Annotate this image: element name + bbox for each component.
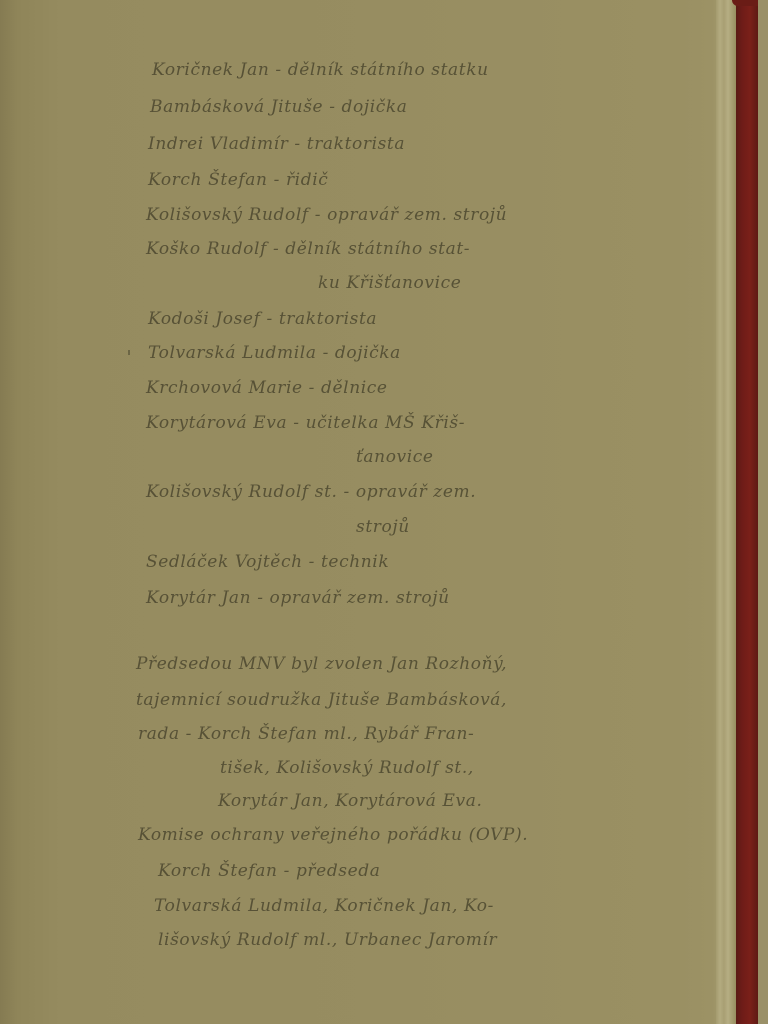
paragraph-line: tišek, Kolišovský Rudolf st., xyxy=(220,758,474,778)
entry-line-continuation: ťanovice xyxy=(356,447,434,467)
entry-line: Koričnek Jan - dělník státního statku xyxy=(152,60,489,80)
entry-line-continuation: ku Křišťanovice xyxy=(318,273,461,293)
book-cover-spine xyxy=(736,0,758,1024)
entry-line: Korytárová Eva - učitelka MŠ Křiš- xyxy=(146,413,465,433)
paragraph-line: Tolvarská Ludmila, Koričnek Jan, Ko- xyxy=(154,896,494,916)
entry-line-continuation: strojů xyxy=(356,517,410,537)
paragraph-line: Korch Štefan - předseda xyxy=(158,861,381,881)
entry-line: Kolišovský Rudolf st. - opravář zem. xyxy=(146,482,476,502)
entry-line: Krchovová Marie - dělnice xyxy=(146,378,388,398)
entry-line: Tolvarská Ludmila - dojička xyxy=(148,343,401,363)
entry-line: Kolišovský Rudolf - opravář zem. strojů xyxy=(146,205,507,225)
entry-line: Koško Rudolf - dělník státního stat- xyxy=(146,239,470,259)
ledger-page: Koričnek Jan - dělník státního statku Ba… xyxy=(0,0,724,1024)
paragraph-line: rada - Korch Štefan ml., Rybář Fran- xyxy=(138,724,474,744)
entry-line: Indrei Vladimír - traktorista xyxy=(148,134,405,154)
background-surface xyxy=(758,0,768,1024)
paragraph-line: tajemnicí soudružka Jituše Bambásková, xyxy=(136,690,507,710)
book-cover-corner xyxy=(732,0,758,6)
page-stack-edge xyxy=(716,0,738,1024)
entry-line: Sedláček Vojtěch - technik xyxy=(146,552,389,572)
entry-line: Korytár Jan - opravář zem. strojů xyxy=(146,588,450,608)
paragraph-line: lišovský Rudolf ml., Urbanec Jaromír xyxy=(158,930,497,950)
paragraph-line: Komise ochrany veřejného pořádku (OVP). xyxy=(138,825,528,845)
paragraph-line: Korytár Jan, Korytárová Eva. xyxy=(218,791,482,811)
entry-line: Bambásková Jituše - dojička xyxy=(150,97,408,117)
entry-line: Kodoši Josef - traktorista xyxy=(148,309,377,329)
paragraph-line: Předsedou MNV byl zvolen Jan Rozhoňý, xyxy=(136,654,507,674)
entry-line: Korch Štefan - řidič xyxy=(148,170,328,190)
margin-mark xyxy=(128,350,130,355)
